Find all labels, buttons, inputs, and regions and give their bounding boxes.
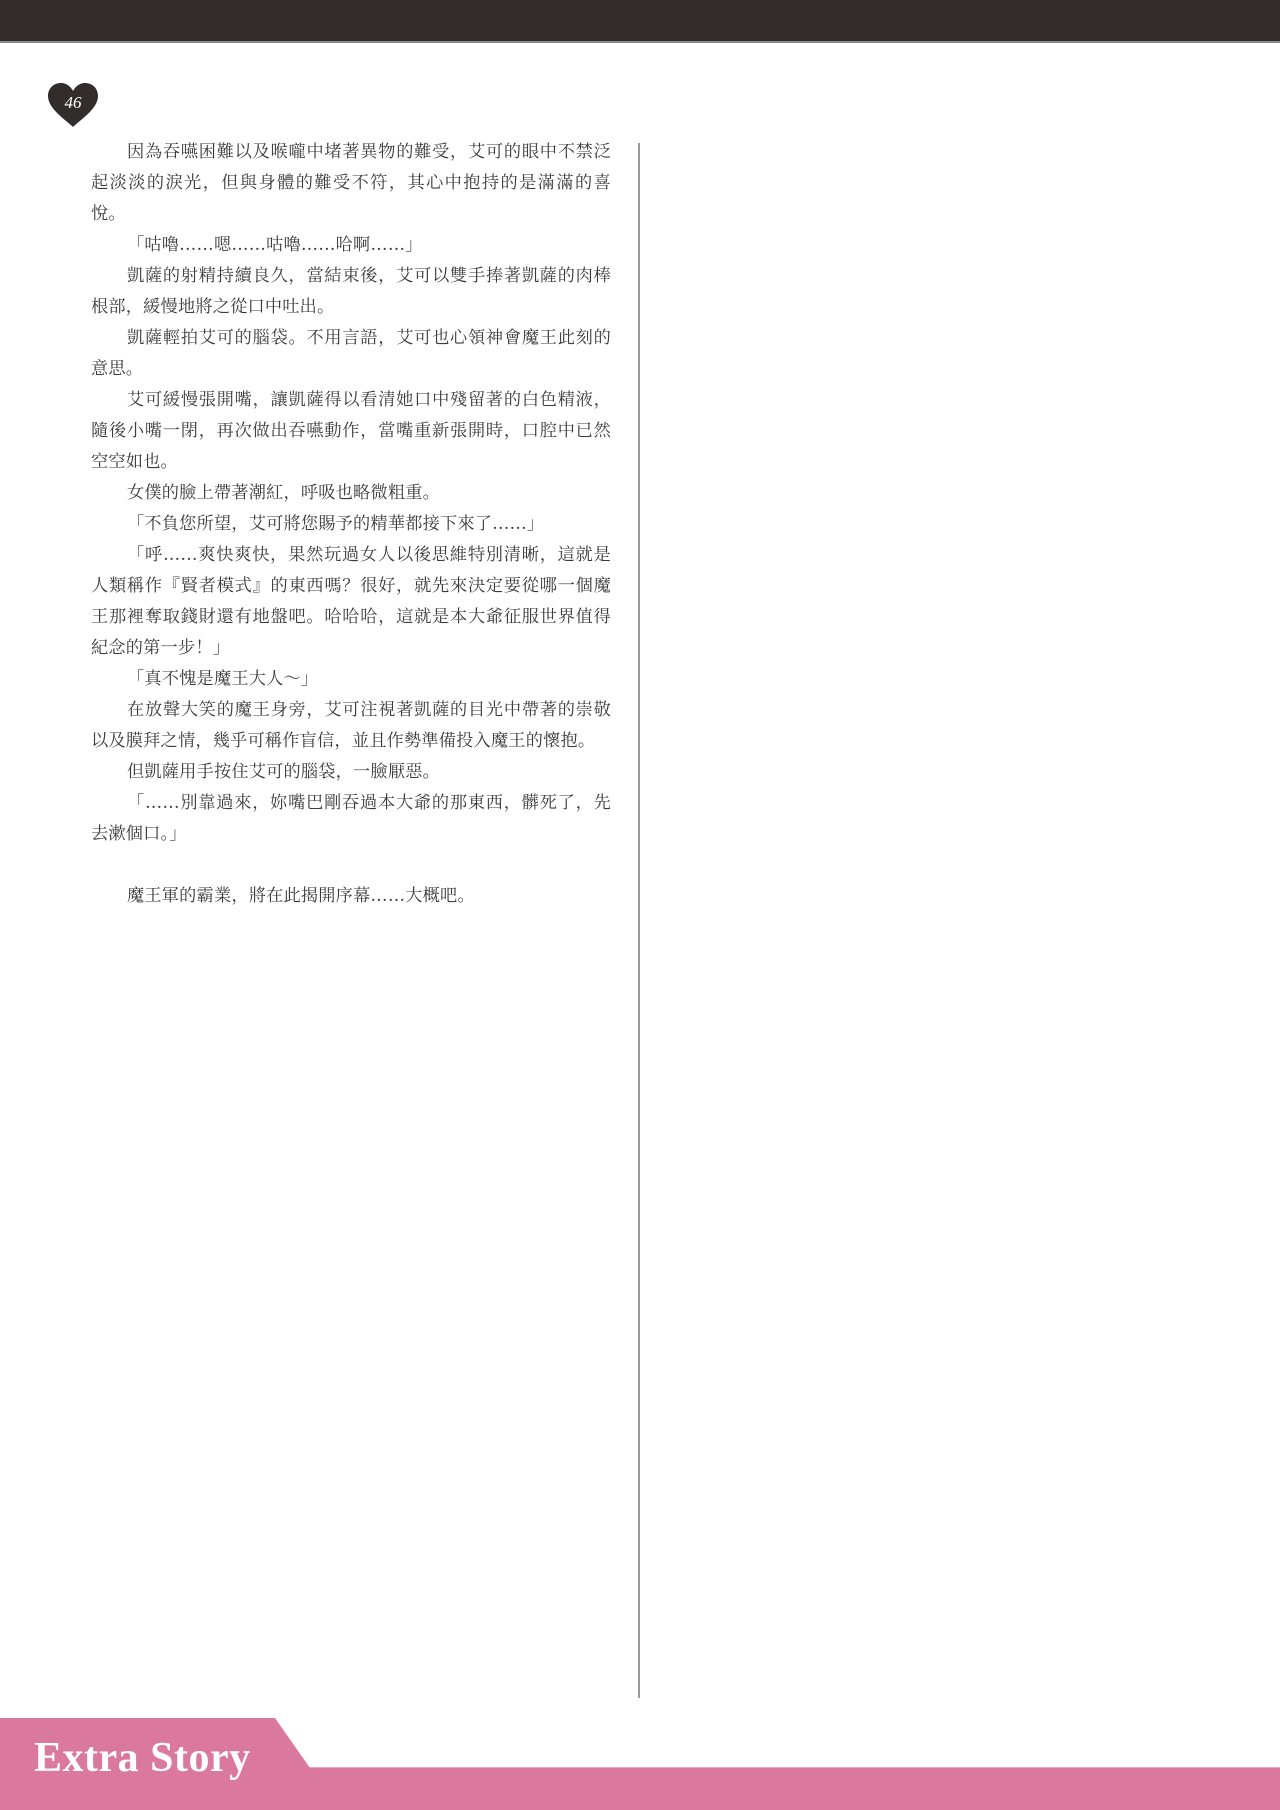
page-number: 46: [46, 93, 100, 113]
story-text-column: 因為吞嚥困難以及喉嚨中堵著異物的難受，艾可的眼中不禁泛起淡淡的淚光，但與身體的難…: [91, 137, 611, 912]
paragraph: 「……別靠過來，妳嘴巴剛吞過本大爺的那東西，髒死了，先去漱個口。」: [91, 788, 611, 850]
section-label: Extra Story: [34, 1734, 251, 1782]
paragraph: 在放聲大笑的魔王身旁，艾可注視著凱薩的目光中帶著的崇敬以及膜拜之情，幾乎可稱作盲…: [91, 695, 611, 757]
paragraph: 女僕的臉上帶著潮紅，呼吸也略微粗重。: [91, 478, 611, 509]
top-bar: [0, 0, 1280, 43]
column-divider: [638, 143, 640, 1698]
paragraph: 「呼……爽快爽快，果然玩過女人以後思維特別清晰，這就是人類稱作『賢者模式』的東西…: [91, 540, 611, 664]
paragraph: 凱薩的射精持續良久，當結束後，艾可以雙手捧著凱薩的肉棒根部，緩慢地將之從口中吐出…: [91, 261, 611, 323]
paragraph: 但凱薩用手按住艾可的腦袋，一臉厭惡。: [91, 757, 611, 788]
paragraph: 凱薩輕拍艾可的腦袋。不用言語，艾可也心領神會魔王此刻的意思。: [91, 323, 611, 385]
paragraph: 「真不愧是魔王大人～」: [91, 664, 611, 695]
page-number-badge: 46: [46, 82, 100, 128]
paragraph: 因為吞嚥困難以及喉嚨中堵著異物的難受，艾可的眼中不禁泛起淡淡的淚光，但與身體的難…: [91, 137, 611, 230]
closing-paragraph: 魔王軍的霸業，將在此揭開序幕……大概吧。: [91, 881, 611, 912]
paragraph: 「不負您所望，艾可將您賜予的精華都接下來了……」: [91, 509, 611, 540]
paragraph: 「咕嚕……嗯……咕嚕……哈啊……」: [91, 230, 611, 261]
paragraph: 艾可緩慢張開嘴，讓凱薩得以看清她口中殘留著的白色精液，隨後小嘴一閉，再次做出吞嚥…: [91, 385, 611, 478]
